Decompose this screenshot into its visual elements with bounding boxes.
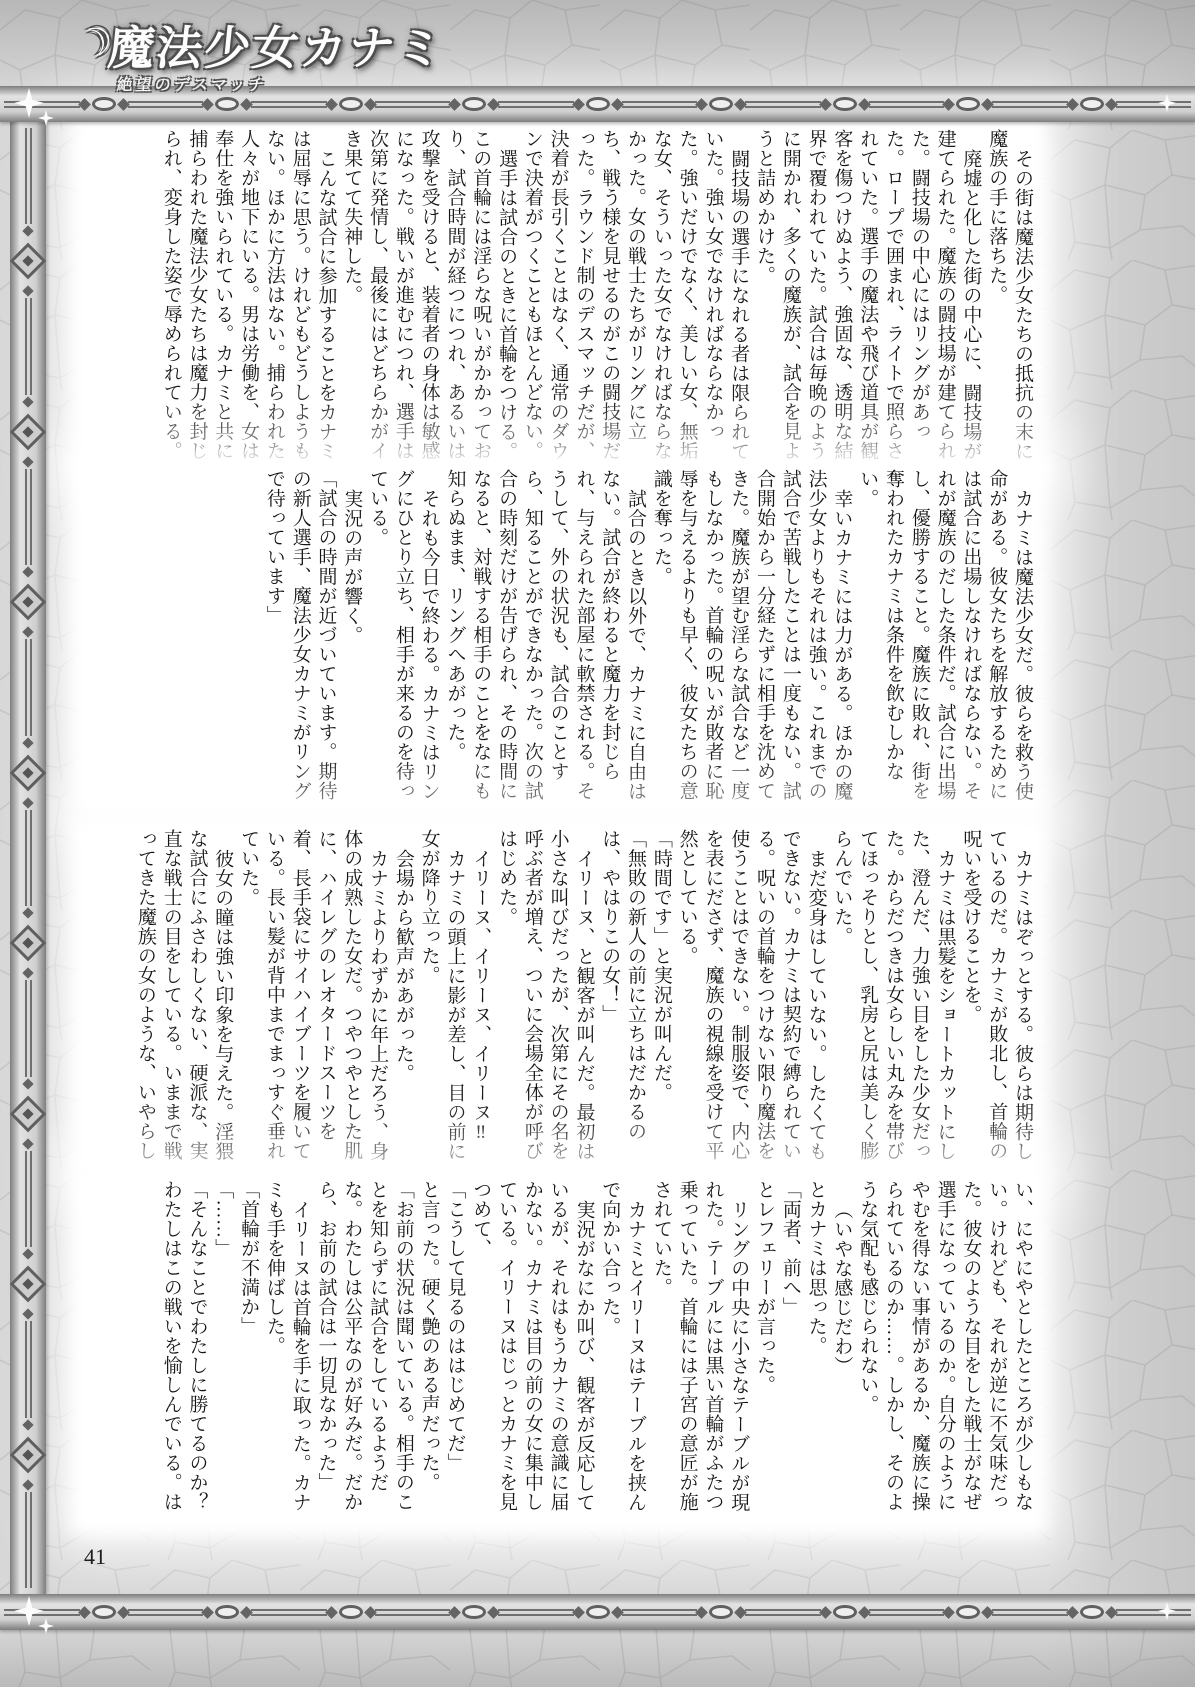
novel-paragraph: カナミの頭上に影が差し、目の前に女が降り立った。 (416, 829, 468, 1165)
ornament-rule (128, 1609, 204, 1616)
novel-paragraph: 廃墟と化した街の中心に、闘技場が建てられた。魔族の闘技場が建てられた。闘技場の中… (751, 129, 983, 465)
ornamental-border-left (10, 122, 46, 1594)
vesica-icon (833, 1605, 857, 1619)
series-logo-title: ☽魔法少女カナミ (74, 22, 447, 74)
series-logo: ☽魔法少女カナミ 絶望のデスマッチ (72, 12, 449, 95)
diamond-icon (695, 1606, 708, 1619)
ornament-rule (375, 1609, 451, 1616)
diamond-icon (22, 1419, 33, 1430)
novel-paragraph: とカナミは思った。 (803, 1180, 829, 1523)
ornament-rule (251, 101, 327, 108)
novel-paragraph: 実況の声が響く。 (338, 469, 364, 805)
ornament-rule (4, 101, 80, 108)
novel-paragraph: イリーヌ、と観客が叫んだ。最初は小さな叫びだったが、次第にその名を呼ぶ者が増え、… (493, 829, 596, 1165)
ornament-rule (992, 101, 1068, 108)
ornament-rule (1116, 101, 1192, 108)
novel-paragraph: とレフェリーが言った。 (751, 1180, 777, 1523)
right-vignette (1045, 0, 1195, 1687)
novel-paragraph: リングの中央に小さなテーブルが現れた。テーブルには黒い首輪がふたつ乗っていた。首… (648, 1180, 751, 1523)
novel-paragraph: 会場から歓声があがった。 (390, 829, 416, 1165)
novel-paragraph-dialogue: 「時間です」と実況が叫んだ。 (648, 829, 674, 1165)
novel-paragraph-dialogue: 「こうして見るのははじめてだ」 (442, 1180, 468, 1523)
diamond-icon (78, 1606, 91, 1619)
vesica-icon (462, 1605, 486, 1619)
ornament-rule (25, 639, 32, 735)
ornament-rule (498, 101, 574, 108)
diamond-icon (942, 98, 955, 111)
diamond-icon (448, 98, 461, 111)
diamond-icon (22, 1248, 33, 1259)
diamond-icon (22, 968, 33, 979)
novel-paragraph: その街は魔法少女たちの抵抗の末に魔族の手に落ちた。 (983, 129, 1035, 465)
ornament-cluster (327, 1605, 375, 1619)
ornament-rule (375, 101, 451, 108)
novel-paragraph: こんな試合に参加することをカナミは屈辱に思う。けれどもどうしようもない。ほかに方… (158, 129, 339, 465)
medallion-ornament (11, 224, 45, 298)
book-page: ☽魔法少女カナミ 絶望のデスマッチ その街は魔法少女たちの抵抗の末に魔族の手に落… (0, 0, 1195, 1687)
vesica-icon (462, 97, 486, 111)
vesica-icon (956, 1605, 980, 1619)
ornament-cluster (327, 97, 375, 111)
ornament-cluster (203, 97, 251, 111)
ornament-cluster (450, 1605, 498, 1619)
ornament-rule (622, 101, 698, 108)
diamond-icon (22, 1308, 33, 1319)
diamond-icon (942, 1606, 955, 1619)
ornament-cluster (1068, 1605, 1116, 1619)
text-band-1: その街は魔法少女たちの抵抗の末に魔族の手に落ちた。 廃墟と化した街の中心に、闘技… (83, 129, 1035, 465)
ornament-rule (869, 101, 945, 108)
text-band-2: カナミは魔法少女だ。彼らを救う使命がある。彼女たちを解放するためには試合に出場し… (83, 469, 1035, 805)
novel-paragraph: カナミはぞっとする。彼らは期待しているのだ。カナミが敗北し、首輪の呪いを受けるこ… (958, 829, 1035, 1165)
medallion-ornament (11, 395, 45, 469)
diamond-icon (22, 627, 33, 638)
diamond-icon (22, 567, 33, 578)
series-logo-subtitle: 絶望のデスマッチ (116, 72, 442, 95)
diamond-icon (572, 1606, 585, 1619)
medallion-ornament (11, 565, 45, 639)
novel-paragraph: 選手は試合のときに首輪をつける。この首輪には淫らな呪いがかかっており、試合時間が… (338, 129, 519, 465)
ornament-rule (25, 980, 32, 1076)
ornament-cluster (574, 97, 622, 111)
novel-paragraph: イリーヌは首輪を手に取った。カナミも手を伸ばした。 (261, 1180, 313, 1523)
diamond-icon (22, 1479, 33, 1490)
diamond-icon (1066, 1606, 1079, 1619)
ornament-cluster (821, 97, 869, 111)
vesica-icon (1080, 1605, 1104, 1619)
ornament-rule (25, 469, 32, 565)
vesica-icon (215, 1605, 239, 1619)
vesica-icon (92, 97, 116, 111)
diamond-icon (1066, 98, 1079, 111)
diamond-icon (22, 737, 33, 748)
medallion-ornament (11, 906, 45, 980)
novel-paragraph-dialogue: 「……」 (210, 1180, 236, 1523)
diamond-icon (572, 98, 585, 111)
novel-paragraph: カナミとイリーヌはテーブルを挟んで向かい合った。 (596, 1180, 648, 1523)
text-band-3: カナミはぞっとする。彼らは期待しているのだ。カナミが敗北し、首輪の呪いを受けるこ… (83, 829, 1035, 1165)
novel-paragraph: イリーヌ、イリーヌ、イリーヌ‼ (467, 829, 493, 1165)
ornament-rule (25, 810, 32, 906)
medallion-ornament (11, 1418, 45, 1492)
diamond-icon (325, 1606, 338, 1619)
vesica-icon (709, 1605, 733, 1619)
diamond-icon (201, 98, 214, 111)
novel-paragraph: 実況がなにか叫び、観客が反応しているが、それはもうカナミの意識に届かない。カナミ… (467, 1180, 596, 1523)
ornament-cluster (697, 97, 745, 111)
novel-paragraph-dialogue: 「試合の時間が近づいています。期待の新人選手、魔法少女カナミがリングで待っていま… (261, 469, 338, 805)
vesica-icon (339, 1605, 363, 1619)
ornament-rule (498, 1609, 574, 1616)
ornament-cluster (450, 97, 498, 111)
ornament-cluster (821, 1605, 869, 1619)
ornament-cluster (80, 97, 128, 111)
diamond-icon (22, 286, 33, 297)
diamond-icon (22, 396, 33, 407)
ornament-rule (622, 1609, 698, 1616)
novel-paragraph: まだ変身はしていない。したくてもできない。カナミは契約で縛られている。呪いの首輪… (674, 829, 829, 1165)
bottom-vignette (0, 1627, 1195, 1687)
vesica-icon (215, 97, 239, 111)
vesica-icon (586, 1605, 610, 1619)
vesica-icon (1080, 97, 1104, 111)
novel-paragraph: （いやな感じだわ） (829, 1180, 855, 1523)
vesica-icon (709, 97, 733, 111)
novel-paragraph: い、にやにやとしたところが少しもない。けれども、それが逆に不気味だった。彼女のよ… (854, 1180, 1035, 1523)
ornament-cluster (697, 1605, 745, 1619)
diamond-icon (22, 1078, 33, 1089)
ornament-rule (4, 1609, 80, 1616)
novel-paragraph-dialogue: 「首輪が不満か」 (235, 1180, 261, 1523)
ornament-rule (128, 101, 204, 108)
vesica-icon (92, 1605, 116, 1619)
ornament-rule (25, 1492, 32, 1588)
novel-paragraph: それも今日で終わる。カナミはリングにひとり立ち、相手が来るのを待っている。 (364, 469, 441, 805)
diamond-icon (22, 456, 33, 467)
ornament-rule (25, 128, 32, 224)
novel-paragraph: と言った。硬く艶のある声だった。 (416, 1180, 442, 1523)
diamond-icon (695, 98, 708, 111)
ornament-cluster (203, 1605, 251, 1619)
diamond-icon (448, 1606, 461, 1619)
ornament-rule (25, 1151, 32, 1247)
diamond-icon (22, 797, 33, 808)
diamond-icon (819, 1606, 832, 1619)
ornament-cluster (944, 97, 992, 111)
diamond-icon (22, 226, 33, 237)
ornament-chain (0, 1594, 1195, 1630)
page-number: 41 (84, 1544, 106, 1570)
diamond-icon (78, 98, 91, 111)
ornament-rule (745, 1609, 821, 1616)
vesica-icon (833, 97, 857, 111)
medallion-ornament (11, 736, 45, 810)
novel-paragraph: 彼女の瞳は強い印象を与えた。淫猥な試合にふさわしくない、硬派な、実直な戦士の目を… (132, 829, 235, 1165)
vesica-icon (586, 97, 610, 111)
ornament-rule (1116, 1609, 1192, 1616)
ornament-rule (869, 1609, 945, 1616)
novel-paragraph-dialogue: 「お前の状況は聞いている。相手のことを知らずに試合をしているようだな。わたしは公… (313, 1180, 416, 1523)
diamond-icon (22, 1138, 33, 1149)
ornament-cluster (1068, 97, 1116, 111)
novel-paragraph: カナミは魔法少女だ。彼らを救う使命がある。彼女たちを解放するためには試合に出場し… (854, 469, 1035, 805)
novel-paragraph: 試合のとき以外で、カナミに自由はない。試合が終わると魔力を封じられ、与えられた部… (442, 469, 648, 805)
ornament-cluster (80, 1605, 128, 1619)
novel-paragraph-dialogue: 「無敗の新人の前に立ちはだかるのは、やはりこの女！」 (596, 829, 648, 1165)
ornament-cluster (944, 1605, 992, 1619)
diamond-icon (325, 98, 338, 111)
text-band-4: い、にやにやとしたところが少しもない。けれども、それが逆に不気味だった。彼女のよ… (83, 1180, 1035, 1523)
novel-paragraph-dialogue: 「そんなことでわたしに勝てるのか？わたしはこの戦いを愉しんでいる。は (158, 1180, 210, 1523)
medallion-ornament (11, 1077, 45, 1151)
ornament-rule (745, 101, 821, 108)
vesica-icon (339, 97, 363, 111)
ornament-cluster (574, 1605, 622, 1619)
diamond-icon (22, 908, 33, 919)
novel-paragraph: 幸いカナミには力がある。ほかの魔法少女よりもそれは強い。これまでの試合で苦戦した… (648, 469, 854, 805)
diamond-icon (819, 98, 832, 111)
ornament-rule (251, 1609, 327, 1616)
novel-paragraph: カナミよりわずかに年上だろう、身体の成熟した女だ。つやつやとした肌に、ハイレグの… (235, 829, 390, 1165)
novel-paragraph: カナミは黒髪をショートカットにした、澄んだ、力強い目をした少女だった。からだつき… (829, 829, 958, 1165)
ornament-vchain (10, 122, 46, 1594)
ornament-rule (25, 298, 32, 394)
medallion-ornament (11, 1247, 45, 1321)
ornament-rule (25, 1321, 32, 1417)
vesica-icon (956, 97, 980, 111)
ornamental-border-bottom (0, 1594, 1195, 1630)
novel-paragraph: 闘技場の選手になれる者は限られていた。強い女でなければならなかった。強いだけでな… (519, 129, 751, 465)
novel-paragraph-dialogue: 「両者、前へ」 (777, 1180, 803, 1523)
diamond-icon (201, 1606, 214, 1619)
ornament-rule (992, 1609, 1068, 1616)
